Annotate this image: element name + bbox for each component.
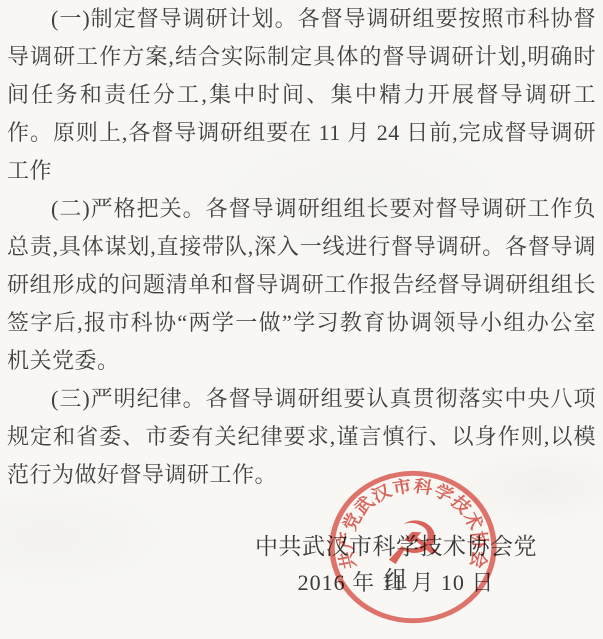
hammer-sickle-icon: ☭ <box>383 509 442 578</box>
paragraph-strict-check: (二)严格把关。各督导调研组组长要对督导调研工作负总责,具体谋划,直接带队,深入… <box>7 190 596 380</box>
body-text: (一)制定督导调研计划。各督导调研组要按照市科协督导调研工作方案,结合实际制定具… <box>7 0 596 494</box>
scanned-document-page: (一)制定督导调研计划。各督导调研组要按照市科协督导调研工作方案,结合实际制定具… <box>0 0 603 639</box>
paragraph-discipline: (三)严明纪律。各督导调研组要认真贯彻落实中央八项规定和省委、市委有关纪律要求,… <box>7 380 596 494</box>
official-seal: 中国共产党武汉市科学技术协会党组 ☭ <box>324 466 502 628</box>
paragraph-plan: (一)制定督导调研计划。各督导调研组要按照市科协督导调研工作方案,结合实际制定具… <box>7 0 596 190</box>
